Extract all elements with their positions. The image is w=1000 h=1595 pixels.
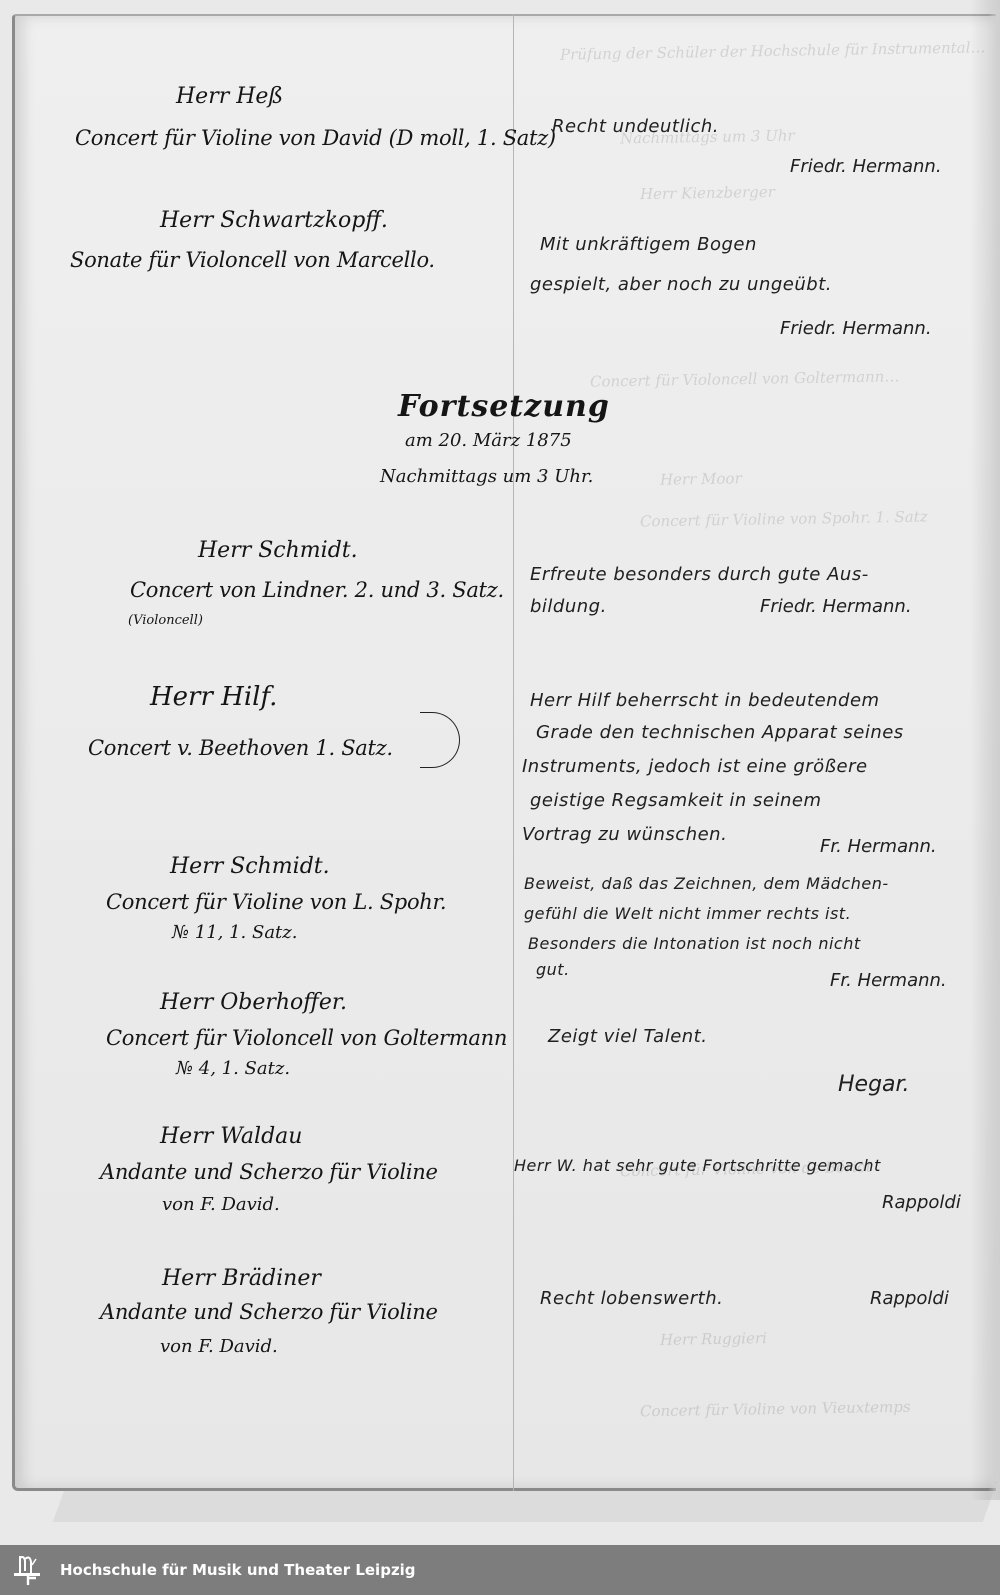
examiner-signature: Fr. Hermann. <box>820 838 937 856</box>
performer-name: Herr Schmidt. <box>170 856 330 878</box>
performer-name: Herr Schwartzkopff. <box>160 210 388 232</box>
performer-name: Herr Schmidt. <box>198 540 358 562</box>
bleed-through-text: Herr Kienzberger <box>640 183 775 203</box>
examiner-signature: Friedr. Hermann. <box>760 598 912 616</box>
jury-remark-line: bildung. <box>530 598 607 616</box>
jury-remark-line: gespielt, aber noch zu ungeübt. <box>530 276 832 294</box>
performer-name: Herr Hilf. <box>150 684 277 710</box>
section-heading: Fortsetzung <box>398 392 610 422</box>
examiner-signature: Fr. Hermann. <box>830 972 947 990</box>
institution-name: Hochschule für Musik und Theater Leipzig <box>60 1561 416 1579</box>
jury-remark-line: Herr Hilf beherrscht in bedeutendem <box>530 692 880 710</box>
column-fold-line <box>513 14 514 1491</box>
work-detail: von F. David. <box>160 1338 278 1356</box>
performer-name: Herr Waldau <box>160 1126 302 1148</box>
jury-remark-line: gut. <box>536 962 570 978</box>
page-right-edge <box>970 0 1000 1500</box>
jury-remark-line: Grade den technischen Apparat seines <box>536 724 904 742</box>
jury-remark: Herr W. hat sehr gute Fortschritte gemac… <box>514 1158 881 1174</box>
jury-remark-line: geistige Regsamkeit in seinem <box>530 792 822 810</box>
bleed-through-text: Herr Moor <box>660 469 742 488</box>
jury-remark-line: gefühl die Welt nicht immer rechts ist. <box>524 906 851 922</box>
examiner-signature: Rappoldi <box>882 1194 961 1212</box>
section-time: Nachmittags um 3 Uhr. <box>380 468 593 486</box>
instrument-note: (Violoncell) <box>128 614 203 627</box>
work-detail: № 4, 1. Satz. <box>176 1060 290 1078</box>
jury-remark-line: Instruments, jedoch ist eine größere <box>522 758 868 776</box>
work-title: Concert v. Beethoven 1. Satz. <box>88 738 393 759</box>
bleed-through-text: Herr Ruggieri <box>660 1329 767 1349</box>
examiner-signature: Hegar. <box>838 1074 910 1096</box>
work-title: Concert für Violoncell von Goltermann <box>106 1028 507 1049</box>
work-title: Concert für Violine von L. Spohr. <box>106 892 446 913</box>
examiner-signature: Friedr. Hermann. <box>780 320 932 338</box>
examiner-signature: Rappoldi <box>870 1290 949 1308</box>
jury-remark-line: Mit unkräftigem Bogen <box>540 236 757 254</box>
work-detail: № 11, 1. Satz. <box>172 924 298 942</box>
performer-name: Herr Brädiner <box>162 1268 321 1290</box>
jury-remark-line: Vortrag zu wünschen. <box>522 826 727 844</box>
jury-remark: Recht lobenswerth. <box>540 1290 723 1308</box>
work-title: Andante und Scherzo für Violine <box>100 1302 438 1323</box>
performer-name: Herr Oberhoffer. <box>160 992 347 1014</box>
footer-bar: Hochschule für Musik und Theater Leipzig <box>0 1545 1000 1595</box>
work-title: Concert für Violine von David (D moll, 1… <box>75 128 556 149</box>
jury-remark-line: Besonders die Intonation ist noch nicht <box>528 936 861 952</box>
jury-remark-line: Erfreute besonders durch gute Aus- <box>530 566 869 584</box>
work-title: Sonate für Violoncell von Marcello. <box>70 250 435 271</box>
section-date: am 20. März 1875 <box>405 432 572 450</box>
work-title: Concert von Lindner. 2. und 3. Satz. <box>130 580 504 601</box>
jury-remark: Zeigt viel Talent. <box>548 1028 707 1046</box>
hmt-logo-icon <box>12 1553 46 1587</box>
jury-remark: Recht undeutlich. <box>552 118 719 136</box>
jury-remark-line: Beweist, daß das Zeichnen, dem Mädchen- <box>524 876 889 892</box>
work-title: Andante und Scherzo für Violine <box>100 1162 438 1183</box>
work-detail: von F. David. <box>162 1196 280 1214</box>
performer-name: Herr Heß <box>176 86 283 108</box>
examiner-signature: Friedr. Hermann. <box>790 158 942 176</box>
